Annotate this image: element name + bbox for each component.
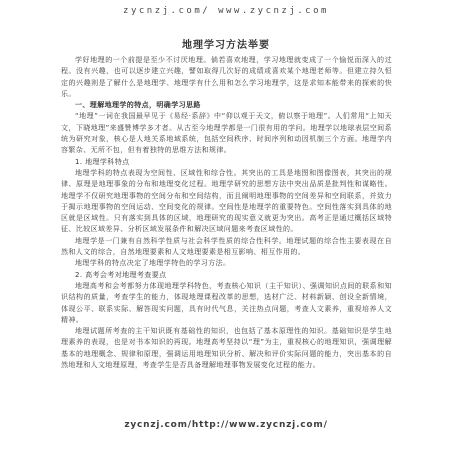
document-page: zycnzj.com/ www.zycnzj.com 地理学习方法举要 学好地理… (0, 0, 452, 452)
watermark-footer-url: zycnzj.com/http://www.zycnzj.com/ (0, 420, 452, 430)
document-title: 地理学习方法举要 (0, 36, 452, 51)
document-body: 学好地理的一个前提是至少不讨厌地理。倘若喜欢地理，学习地理就变成了一个愉悦而深入… (61, 55, 392, 371)
sub-heading-1-subject-features: 1. 地理学科特点 (61, 157, 392, 168)
paragraph-exam-features: 地理高考和会考都努力体现地理学科特色，考查核心知识（主干知识）、强调知识点间的联… (61, 281, 392, 326)
paragraph-study-method-link: 地理学科的特点决定了地理学特色的学习方法。 (61, 258, 392, 269)
sub-heading-2-exam-points: 2. 高考会考对地理考查要点 (61, 270, 392, 281)
section-heading-1: 一、理解地理学的特点，明确学习思路 (61, 100, 392, 111)
watermark-header-url: zycnzj.com/ www.zycnzj.com (0, 6, 452, 16)
paragraph-subject-features: 地理学科的特点表现为空间性、区域性和综合性。其突出的工具是地图和图像图表，其突出… (61, 168, 392, 236)
paragraph-geography-term: “地理”一词在我国最早见于《易经·系辞》中“仰以观于天文，俯以察于地理”。人们常… (61, 111, 392, 156)
paragraph-intro: 学好地理的一个前提是至少不讨厌地理。倘若喜欢地理，学习地理就变成了一个愉悦而深入… (61, 55, 392, 100)
paragraph-exam-knowledge: 地理试题所考查的主干知识既有基础性的知识，也包括了基本原理性的知识。基础知识是学… (61, 326, 392, 371)
paragraph-comprehensive-science: 地理学是一门兼有自然科学性质与社会科学性质的综合性科学。地理试题的综合性主要表现… (61, 236, 392, 259)
